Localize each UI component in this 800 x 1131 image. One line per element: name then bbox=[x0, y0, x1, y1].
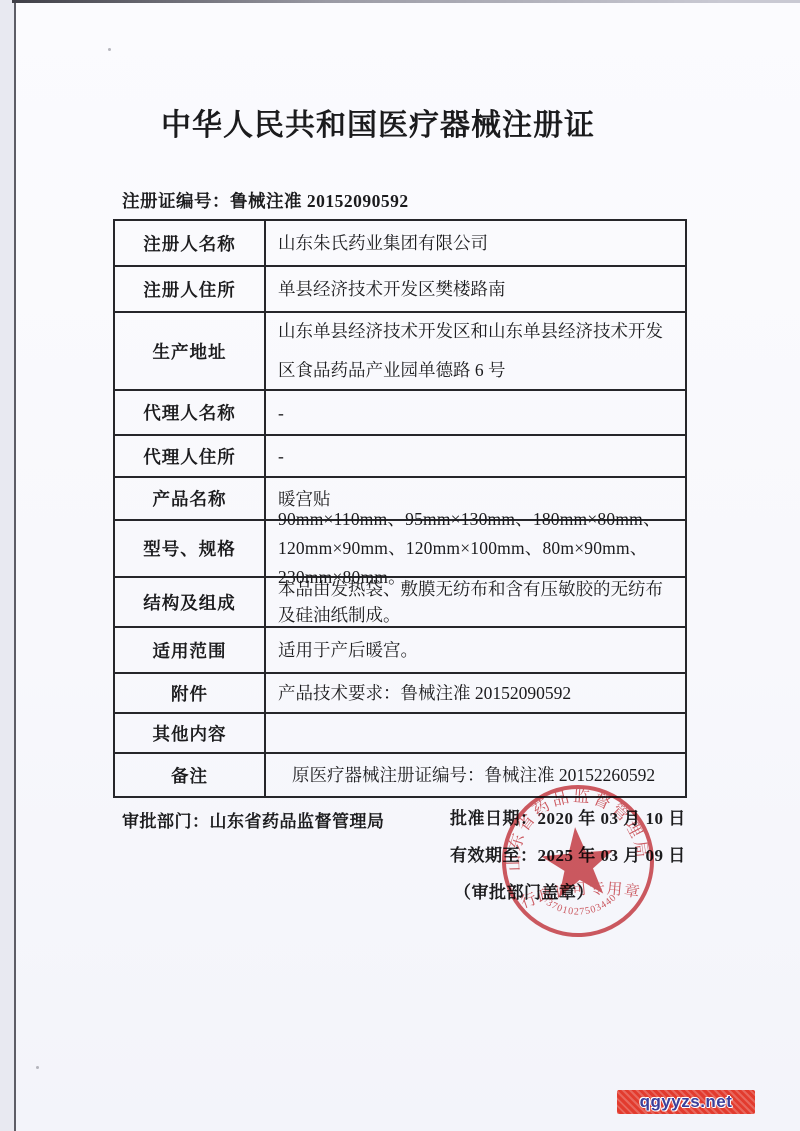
table-row: 代理人名称 - bbox=[115, 391, 685, 436]
table-row: 备注 原医疗器械注册证编号：鲁械注准 20152260592 bbox=[115, 754, 685, 796]
page-title: 中华人民共和国医疗器械注册证 bbox=[0, 100, 763, 144]
row-label: 产品名称 bbox=[115, 478, 266, 519]
row-value: 产品技术要求：鲁械注准 20152090592 bbox=[266, 674, 685, 712]
cert-number-line: 注册证编号：鲁械注准 20152090592 bbox=[122, 188, 409, 213]
table-row: 注册人住所 单县经济技术开发区樊楼路南 bbox=[115, 267, 685, 313]
table-row: 代理人住所 - bbox=[115, 436, 685, 478]
watermark-text: qgyyzs.net bbox=[640, 1092, 733, 1112]
table-row: 型号、规格 90mm×110mm、95mm×130mm、180mm×80mm、1… bbox=[115, 521, 685, 578]
row-label: 备注 bbox=[115, 754, 266, 796]
row-label: 适用范围 bbox=[115, 628, 266, 672]
row-value: 山东朱氏药业集团有限公司 bbox=[266, 221, 685, 265]
row-value: 原医疗器械注册证编号：鲁械注准 20152260592 bbox=[266, 754, 685, 796]
row-label: 其他内容 bbox=[115, 714, 266, 752]
table-row: 生产地址 山东单县经济技术开发区和山东单县经济技术开发区食品药品产业园单德路 6… bbox=[115, 313, 685, 391]
scan-speck bbox=[108, 48, 111, 51]
row-label: 注册人名称 bbox=[115, 221, 266, 265]
row-value bbox=[266, 714, 685, 752]
table-row: 结构及组成 本品由发热袋、敷膜无纺布和含有压敏胶的无纺布及硅油纸制成。 bbox=[115, 578, 685, 628]
row-label: 代理人名称 bbox=[115, 391, 266, 434]
row-value: 90mm×110mm、95mm×130mm、180mm×80mm、120mm×9… bbox=[266, 521, 685, 576]
row-value: 本品由发热袋、敷膜无纺布和含有压敏胶的无纺布及硅油纸制成。 bbox=[266, 578, 685, 626]
row-value: 单县经济技术开发区樊楼路南 bbox=[266, 267, 685, 311]
row-value: - bbox=[266, 391, 685, 434]
row-label: 结构及组成 bbox=[115, 578, 266, 626]
scan-speck bbox=[36, 1066, 39, 1069]
table-row: 附件 产品技术要求：鲁械注准 20152090592 bbox=[115, 674, 685, 714]
approval-dept-line: 审批部门：山东省药品监督管理局 bbox=[122, 807, 385, 832]
row-label: 生产地址 bbox=[115, 313, 266, 389]
row-value: 适用于产后暖宫。 bbox=[266, 628, 685, 672]
table-row: 适用范围 适用于产后暖宫。 bbox=[115, 628, 685, 674]
row-label: 代理人住所 bbox=[115, 436, 266, 476]
scan-edge-shadow bbox=[12, 0, 800, 3]
approval-dates-block: 批准日期：2020 年 03 月 10 日 有效期至：2025 年 03 月 0… bbox=[450, 804, 686, 915]
seal-note-line: （审批部门盖章） bbox=[450, 878, 686, 903]
table-row: 其他内容 bbox=[115, 714, 685, 754]
cert-table: 注册人名称 山东朱氏药业集团有限公司 注册人住所 单县经济技术开发区樊楼路南 生… bbox=[113, 219, 687, 798]
row-value: - bbox=[266, 436, 685, 476]
watermark-badge: qgyyzs.net bbox=[617, 1090, 755, 1114]
valid-until-line: 有效期至：2025 年 03 月 09 日 bbox=[450, 841, 686, 866]
row-label: 型号、规格 bbox=[115, 521, 266, 576]
row-label: 附件 bbox=[115, 674, 266, 712]
approval-date-line: 批准日期：2020 年 03 月 10 日 bbox=[450, 804, 686, 829]
row-value: 山东单县经济技术开发区和山东单县经济技术开发区食品药品产业园单德路 6 号 bbox=[266, 313, 685, 389]
table-row: 注册人名称 山东朱氏药业集团有限公司 bbox=[115, 221, 685, 267]
row-label: 注册人住所 bbox=[115, 267, 266, 311]
